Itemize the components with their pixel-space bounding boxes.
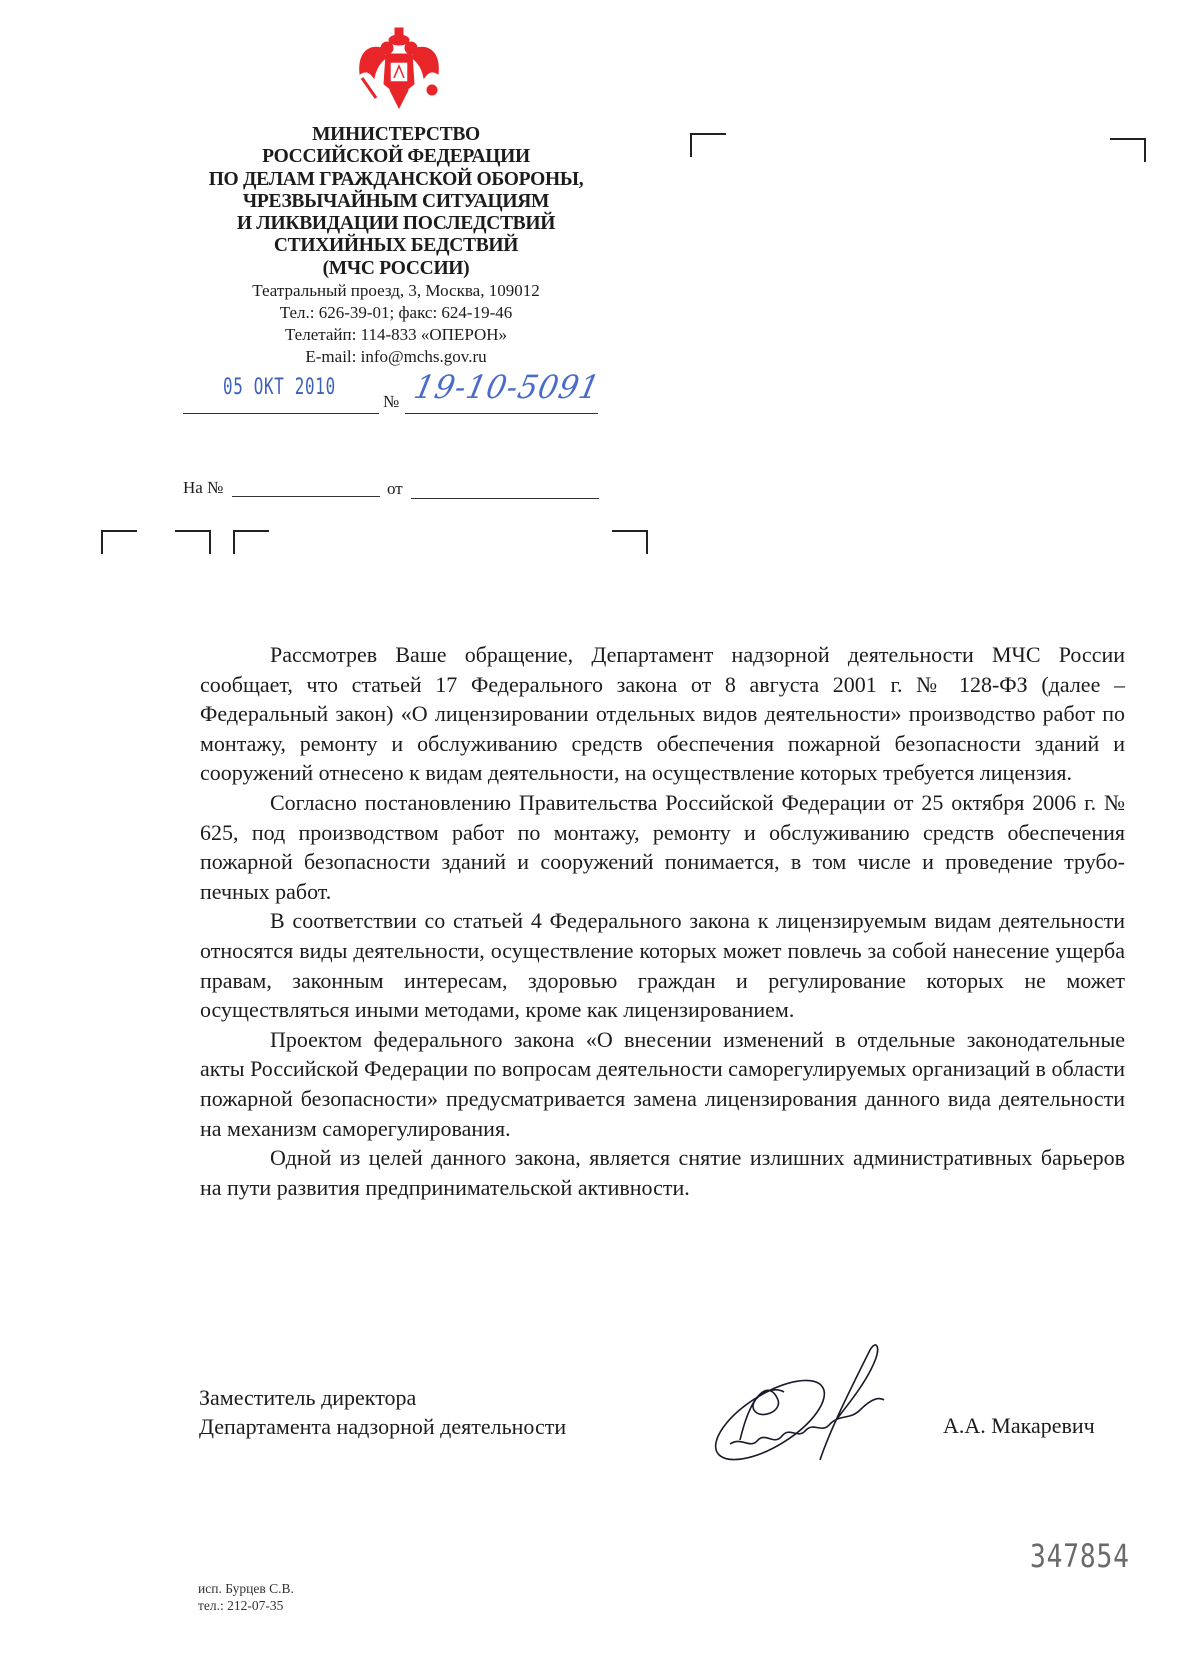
reference-label: На №: [183, 478, 223, 498]
ministry-line: СТИХИЙНЫХ БЕДСТВИЙ: [196, 235, 596, 257]
date-stamp: 05 ОКТ 2010: [223, 375, 336, 400]
executor-name: исп. Бурцев С.В.: [198, 1580, 294, 1597]
corner-mark-top-right: [1110, 138, 1146, 162]
handwritten-number: 19-10-5091: [411, 368, 604, 406]
paragraph: Рассмотрев Ваше обращение, Департамент н…: [200, 640, 1125, 788]
email: E-mail: info@mchs.gov.ru: [196, 346, 596, 368]
document-id: 347854: [1030, 1537, 1130, 1575]
paragraph: Согласно постановлению Правительства Рос…: [200, 788, 1125, 906]
coat-of-arms-icon: [352, 26, 446, 110]
corner-mark-bottom-left-b: [175, 530, 211, 554]
date-underline: [183, 413, 379, 414]
letter-body: Рассмотрев Ваше обращение, Департамент н…: [200, 640, 1125, 1202]
number-underline: [405, 413, 598, 414]
corner-mark-bottom-left-a: [101, 530, 137, 554]
ministry-header: МИНИСТЕРСТВО РОССИЙСКОЙ ФЕДЕРАЦИИ ПО ДЕЛ…: [196, 124, 596, 280]
number-label: №: [383, 392, 399, 412]
paragraph: Одной из целей данного закона, является …: [200, 1143, 1125, 1202]
title-line: Заместитель директора: [199, 1383, 566, 1412]
reference-from-label: от: [387, 479, 403, 499]
signatory-title: Заместитель директора Департамента надзо…: [199, 1383, 566, 1441]
phone-fax: Тел.: 626-39-01; факс: 624-19-46: [196, 302, 596, 324]
ministry-line: ЧРЕЗВЫЧАЙНЫМ СИТУАЦИЯМ: [196, 191, 596, 213]
executor-phone: тел.: 212-07-35: [198, 1597, 294, 1614]
title-line: Департамента надзорной деятельности: [199, 1412, 566, 1441]
corner-mark-bottom-right: [612, 530, 648, 554]
paragraph: В соответствии со статьей 4 Федерального…: [200, 906, 1125, 1024]
corner-mark-top-left: [690, 133, 726, 157]
teletype: Телетайп: 114-833 «ОПЕРОН»: [196, 324, 596, 346]
ministry-line: РОССИЙСКОЙ ФЕДЕРАЦИИ: [196, 146, 596, 168]
contact-block: Театральный проезд, 3, Москва, 109012 Те…: [196, 280, 596, 368]
address: Театральный проезд, 3, Москва, 109012: [196, 280, 596, 302]
signature-icon: [700, 1340, 930, 1470]
corner-mark-bottom-left-c: [233, 530, 269, 554]
ministry-line: (МЧС РОССИИ): [196, 258, 596, 280]
reference-date-underline: [411, 498, 599, 499]
ministry-line: МИНИСТЕРСТВО: [196, 124, 596, 146]
reference-number-underline: [232, 496, 380, 497]
signatory-name: А.А. Макаревич: [943, 1413, 1095, 1439]
executor-footer: исп. Бурцев С.В. тел.: 212-07-35: [198, 1580, 294, 1614]
ministry-line: И ЛИКВИДАЦИИ ПОСЛЕДСТВИЙ: [196, 213, 596, 235]
ministry-line: ПО ДЕЛАМ ГРАЖДАНСКОЙ ОБОРОНЫ,: [196, 169, 596, 191]
paragraph: Проектом федерального закона «О внесении…: [200, 1025, 1125, 1143]
